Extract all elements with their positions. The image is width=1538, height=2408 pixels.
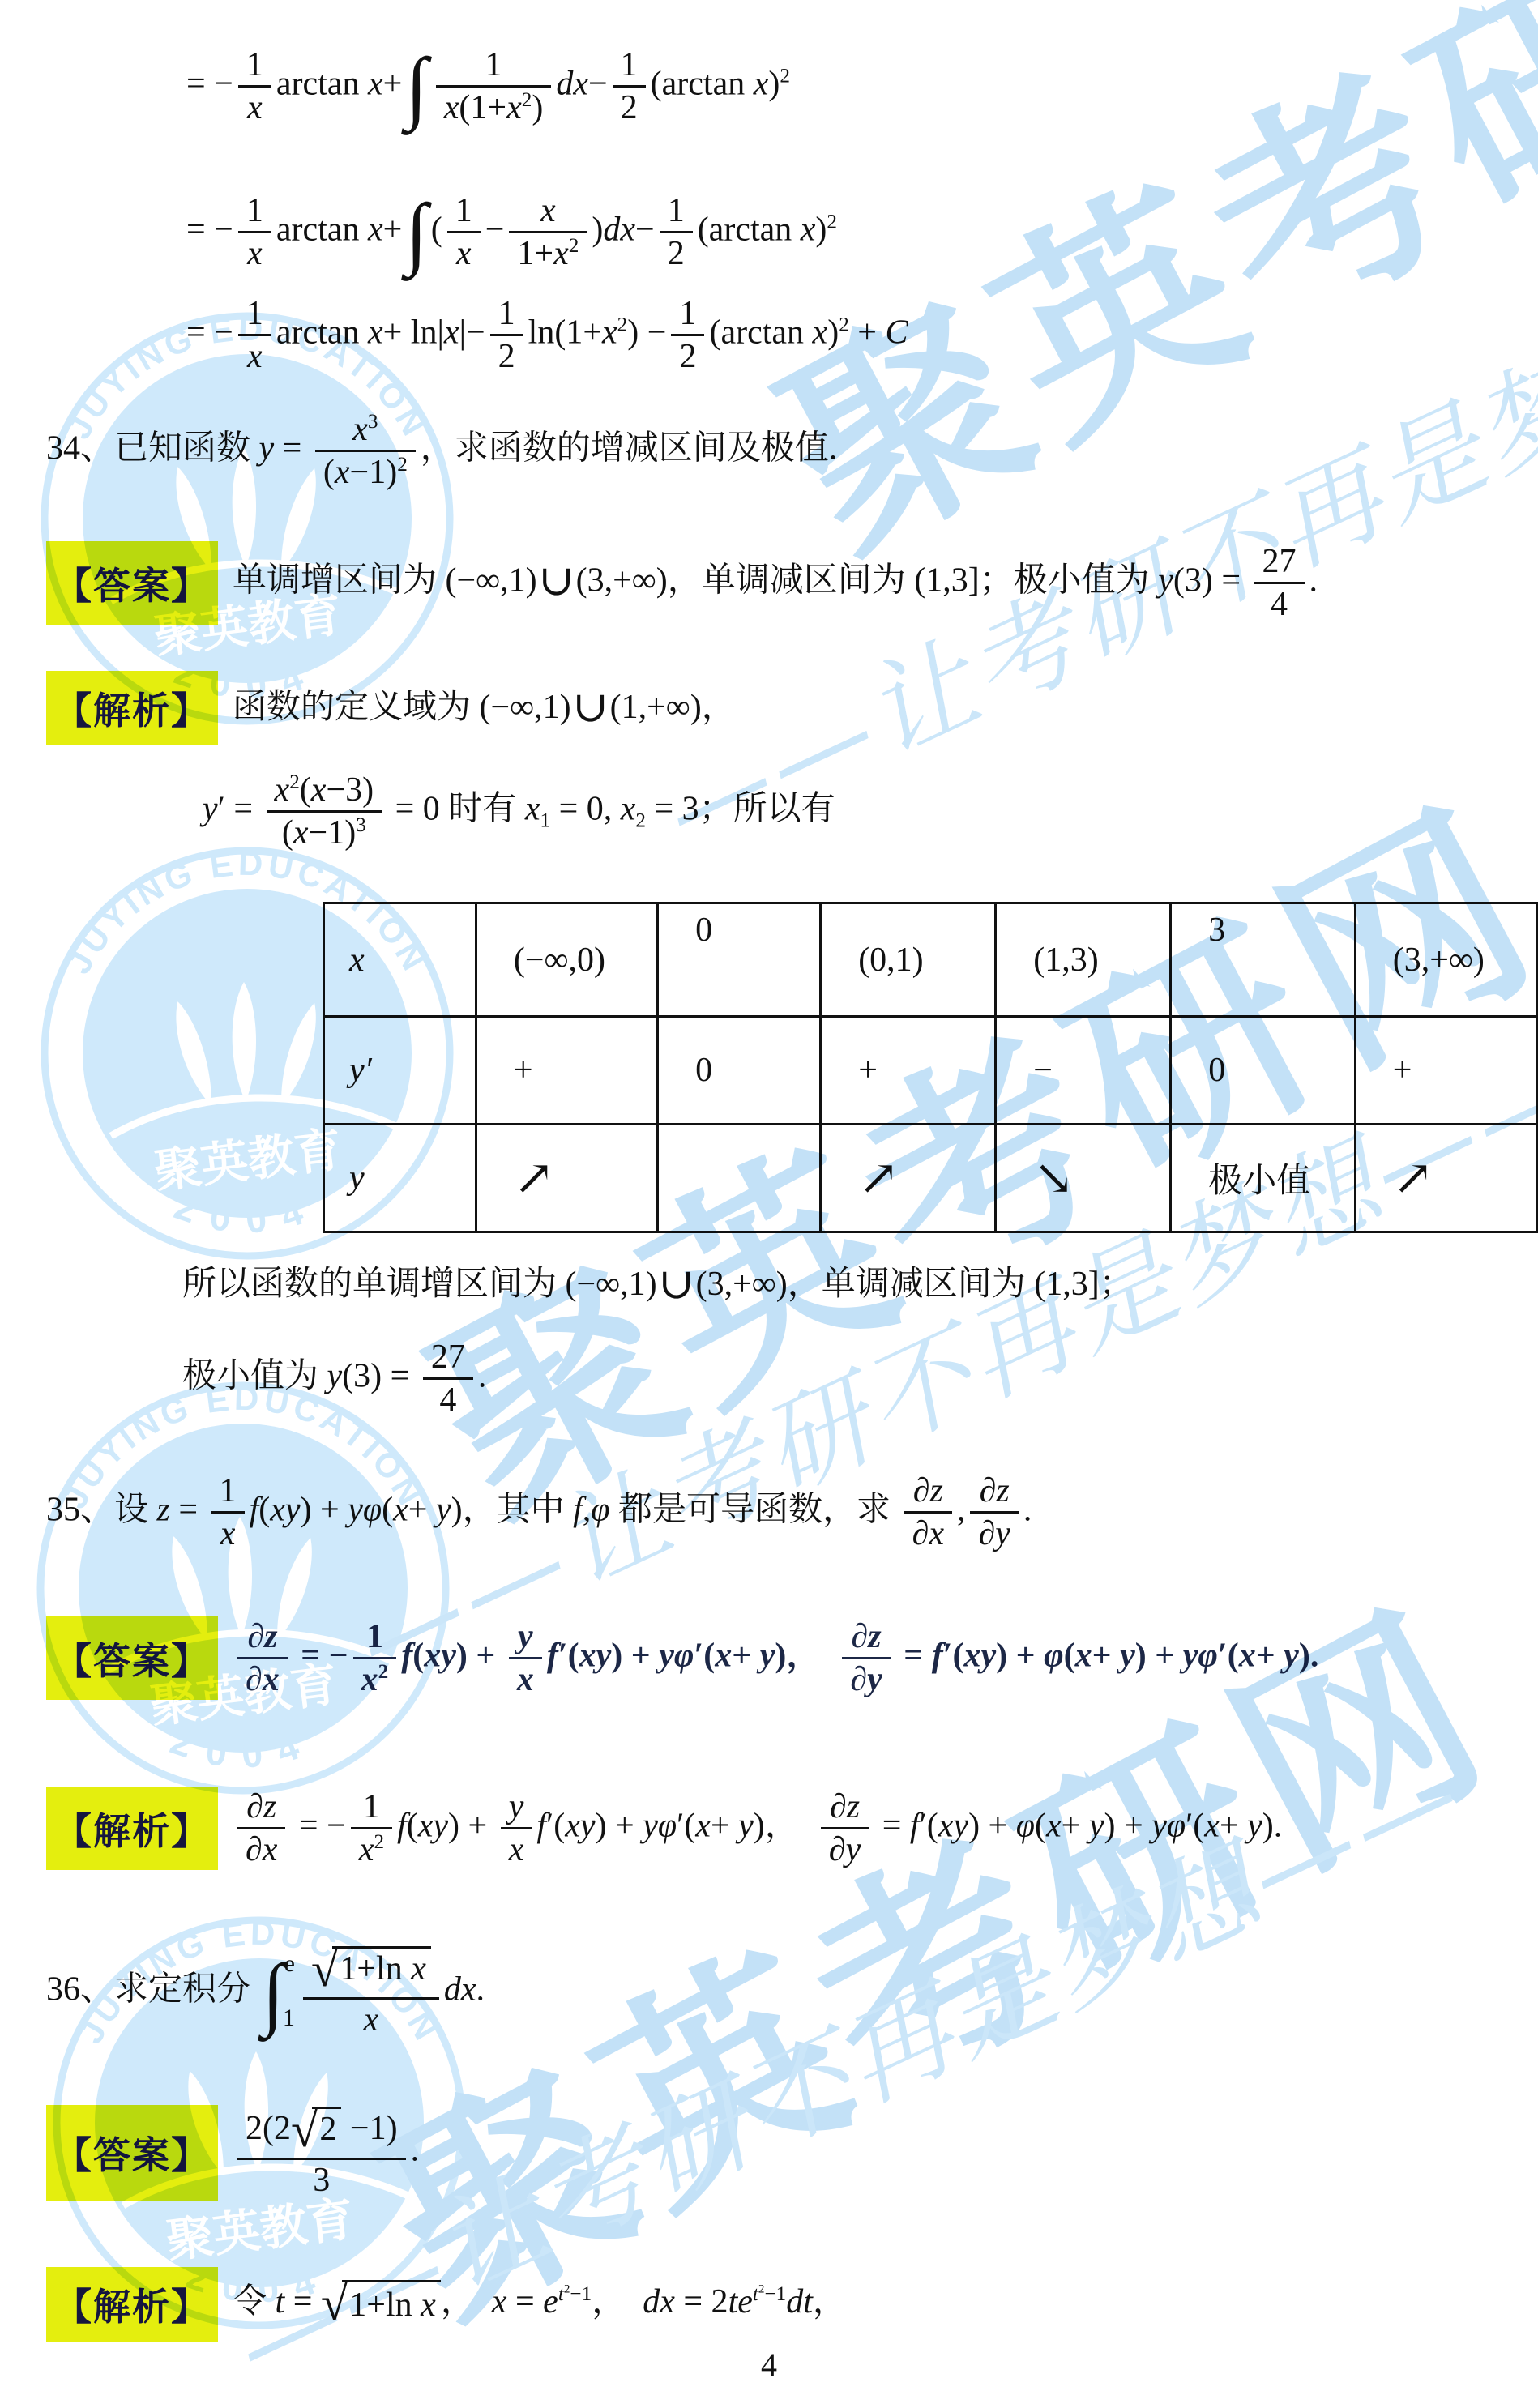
table-cell: 0: [1171, 1017, 1355, 1125]
table-cell: ↗: [821, 1125, 996, 1232]
analysis-label: 【解析】: [46, 671, 218, 745]
table-cell: +: [821, 1017, 996, 1125]
table-row: x(−∞,0)0(0,1)(1,3)3(3,+∞): [324, 903, 1537, 1017]
question-36: 36、求定积分 ∫e1√1+ln xxdx.: [46, 1945, 485, 2040]
page-number: 4: [0, 2346, 1538, 2384]
analysis-label: 【解析】: [46, 1787, 218, 1870]
answer-label: 【答案】: [46, 1616, 218, 1700]
conclusion-line: 所以函数的单调增区间为 (−∞,1)∪(3,+∞)，单调减区间为 (1,3]；: [182, 1258, 1134, 1312]
table-cell: 极小值: [1171, 1125, 1355, 1232]
table-cell: (0,1): [821, 903, 996, 1017]
answer-36-content: 2(2√2 −1)3.: [233, 2105, 419, 2201]
question-35: 35、设 z = 1xf(xy) + yφ(x+ y)，其中 f,φ 都是可导函…: [46, 1471, 1032, 1554]
analysis-36-row: 【解析】 令 t = √1+ln x， x = et2−1， dx = 2tet…: [46, 2267, 847, 2342]
table-cell: y′: [324, 1017, 476, 1125]
answer-34-row: 【答案】 单调增区间为 (−∞,1)∪(3,+∞)，单调减区间为 (1,3]；极…: [46, 541, 1318, 625]
table-row: y′+0+−0+: [324, 1017, 1537, 1125]
table-row: y↗↗↘极小值↗: [324, 1125, 1537, 1232]
watermark-big-text: 聚英考研网: [754, 0, 1538, 581]
answer-35-content: ∂z∂x = −1x2f(xy) + yxf′(xy) + yφ′(x+ y)，…: [233, 1616, 1318, 1700]
table-cell: y: [324, 1125, 476, 1232]
question-34: 34、已知函数 y = x3(x−1)2，求函数的增减区间及极值.: [46, 409, 837, 493]
table-cell: x: [324, 903, 476, 1017]
table-cell: 3: [1171, 903, 1355, 1017]
monotonicity-table: x(−∞,0)0(0,1)(1,3)3(3,+∞)y′+0+−0+y↗↗↘极小值…: [323, 902, 1538, 1233]
formula-line-3: = −1xarctan x+ ln|x|−12ln(1+x2) −12(arct…: [186, 293, 908, 377]
answer-35-row: 【答案】 ∂z∂x = −1x2f(xy) + yxf′(xy) + yφ′(x…: [46, 1616, 1318, 1700]
analysis-35-content: ∂z∂x = −1x2f(xy) + yxf′(xy) + yφ′(x+ y)，…: [233, 1787, 1282, 1870]
table-cell: ↗: [476, 1125, 657, 1232]
answer-34-content: 单调增区间为 (−∞,1)∪(3,+∞)，单调减区间为 (1,3]；极小值为 y…: [233, 541, 1318, 625]
table-cell: 0: [658, 1017, 821, 1125]
analysis-34-content: 函数的定义域为 (−∞,1)∪(1,+∞)，: [233, 681, 736, 735]
table-cell: 0: [658, 903, 821, 1017]
table-cell: (−∞,0): [476, 903, 657, 1017]
document-page: JUYING EDUCATION 2004 聚英教育: [0, 0, 1538, 2408]
table-cell: +: [1355, 1017, 1536, 1125]
analysis-34-row: 【解析】 函数的定义域为 (−∞,1)∪(1,+∞)，: [46, 671, 736, 745]
formula-line-2: = −1xarctan x+∫(1x−x1+x2)dx−12(arctan x)…: [186, 190, 837, 274]
analysis-35-row: 【解析】 ∂z∂x = −1x2f(xy) + yxf′(xy) + yφ′(x…: [46, 1787, 1282, 1870]
minimum-line: 极小值为 y(3) = 274.: [182, 1337, 486, 1420]
derivative-line: y′ = x2(x−3)(x−1)3 = 0 时有 x1 = 0, x2 = 3…: [203, 770, 835, 853]
table-cell: ↘: [996, 1125, 1171, 1232]
table-cell: −: [996, 1017, 1171, 1125]
juying-stamp: [32, 1377, 454, 1799]
table-cell: +: [476, 1017, 657, 1125]
table-cell: ↗: [1355, 1125, 1536, 1232]
table-cell: (3,+∞): [1355, 903, 1536, 1017]
answer-label: 【答案】: [46, 541, 218, 625]
analysis-label: 【解析】: [46, 2267, 218, 2342]
answer-label: 【答案】: [46, 2105, 218, 2201]
formula-line-1: = −1xarctan x+∫1x(1+x2)dx−12(arctan x)2: [186, 45, 790, 128]
answer-36-row: 【答案】 2(2√2 −1)3.: [46, 2105, 419, 2201]
table-cell: [658, 1125, 821, 1232]
table-cell: (1,3): [996, 903, 1171, 1017]
analysis-36-content: 令 t = √1+ln x， x = et2−1， dx = 2tet2−1dt…: [233, 2280, 847, 2329]
